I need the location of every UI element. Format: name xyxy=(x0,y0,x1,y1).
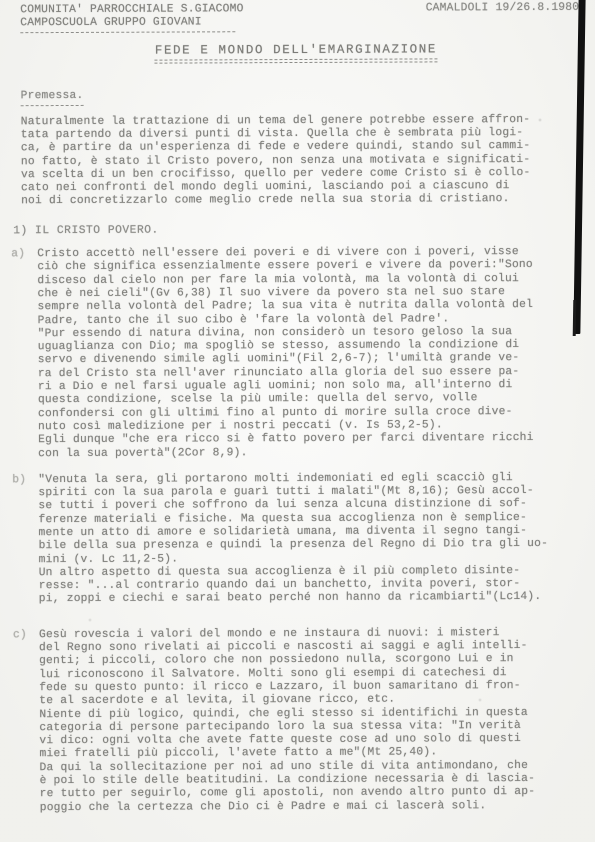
page-content: COMUNITA' PARROCCHIALE S.GIACOMO CAMPOSC… xyxy=(0,2,595,829)
paragraph-c-text: Gesù rovescia i valori del mondo e ne in… xyxy=(39,626,595,815)
paragraph-b-text: "Venuta la sera, gli portarono molti ind… xyxy=(38,472,595,607)
paragraph-a-text: Cristo accettò nell'essere dei poveri e … xyxy=(37,246,595,461)
section1-heading: 1) IL CRISTO POVERO. xyxy=(13,222,594,238)
paragraph-b: b) "Venuta la sera, gli portarono molti … xyxy=(0,472,595,608)
scanned-document-page: COMUNITA' PARROCCHIALE S.GIACOMO CAMPOSC… xyxy=(0,0,595,842)
place-date: CAMALDOLI 19/26.8.1980 xyxy=(426,2,580,16)
page-title: FEDE E MONDO DELL'EMARGINAZIONE xyxy=(155,43,437,61)
paragraph-a-marker: a) xyxy=(0,248,38,461)
page-header: COMUNITA' PARROCCHIALE S.GIACOMO CAMPOSC… xyxy=(0,2,593,33)
scanner-edge-artifact-tail xyxy=(573,300,577,336)
paragraph-a: a) Cristo accettò nell'essere dei poveri… xyxy=(0,246,595,461)
premessa-heading: Premessa. xyxy=(21,90,84,106)
organization-name: COMUNITA' PARROCCHIALE S.GIACOMO xyxy=(20,3,243,17)
paragraph-b-marker: b) xyxy=(0,474,39,607)
title-area: FEDE E MONDO DELL'EMARGINAZIONE xyxy=(0,42,593,64)
organization-block: COMUNITA' PARROCCHIALE S.GIACOMO CAMPOSC… xyxy=(20,3,243,33)
paragraph-c-marker: c) xyxy=(1,629,40,815)
paragraph-c: c) Gesù rovescia i valori del mondo e ne… xyxy=(1,626,595,815)
premessa-text: Naturalmente la trattazione di un tema d… xyxy=(21,113,594,209)
group-name: CAMPOSCUOLA GRUPPO GIOVANI xyxy=(20,17,236,33)
